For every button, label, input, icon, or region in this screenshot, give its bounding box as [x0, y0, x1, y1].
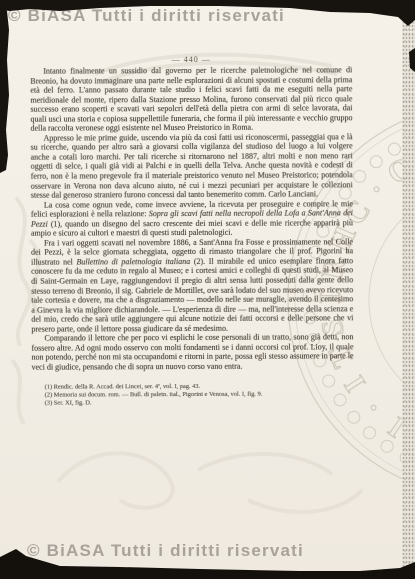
scan-edge-speckle	[402, 0, 415, 579]
paragraph: Appresso le mie prime guide, uscendo via…	[31, 132, 353, 200]
paragraph: Comparando il lettore che per poco vi es…	[31, 333, 353, 373]
watermark-bottom: © BiASA Tutti i diritti riservati	[27, 541, 304, 561]
text-segment: Comparando il lettore che per poco vi es…	[31, 333, 353, 372]
text-column: — 440 — Intanto finalmente un sussidio d…	[30, 65, 353, 408]
paragraph: Intanto finalmente un sussidio dal gover…	[30, 65, 352, 133]
text-segment: (1), quando un disegno del sacro crescen…	[31, 218, 353, 238]
text-segment: Appresso le mie prime guide, uscendo via…	[31, 132, 353, 200]
stamp-letter: ·	[362, 174, 392, 205]
scanned-document-page: { "page": { "number": "— 440 —" }, "wate…	[0, 0, 415, 579]
stamp-bead	[370, 156, 382, 168]
body-text: Intanto finalmente un sussidio dal gover…	[30, 65, 353, 372]
stamp-letter: ·	[358, 392, 389, 422]
paragraph: La cosa come ognun vede, come invece avv…	[31, 199, 353, 239]
footnotes: (1) Rendic. della R. Accad. dei Lincei, …	[32, 382, 350, 408]
text-segment: (2). Il mirabile ed unico esemplare fino…	[31, 256, 353, 333]
text-segment: Intanto finalmente un sussidio dal gover…	[30, 65, 352, 133]
watermark-top: © BiASA Tutti i diritti riservati	[8, 6, 285, 26]
ornament-swirl-bottom	[58, 453, 362, 512]
page-number: — 440 —	[30, 54, 352, 64]
footnote-line: (3) Ser. XI, fig. D.	[45, 398, 350, 408]
stamp-bead	[364, 427, 376, 439]
italic-title: Bullettino di paletnologia italiana	[76, 257, 190, 266]
stamp-bead	[348, 411, 360, 423]
paragraph: Fra i vari oggetti scavati nel novembre …	[31, 237, 353, 334]
